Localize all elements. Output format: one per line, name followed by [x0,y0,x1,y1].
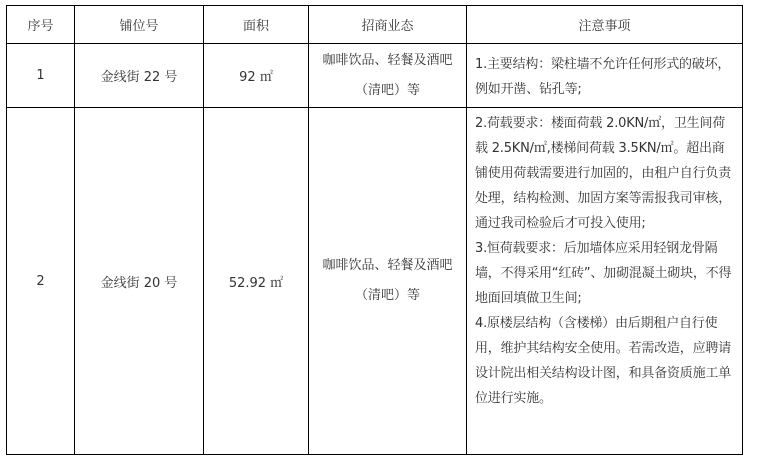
shop-leasing-table: 序号 铺位号 面积 招商业态 注意事项 1 金线街 22 号 92 ㎡ 咖啡饮品… [6,5,743,455]
header-shop-number: 铺位号 [75,6,204,44]
note-item: 4.原楼层结构（含楼梯）由后期租户自行使用，维护其结构安全使用。若需改造，应聘请… [475,311,734,411]
cell-index: 2 [7,108,75,455]
cell-business-type: 咖啡饮品、轻餐及酒吧 （清吧）等 [309,44,467,108]
cell-business-type: 咖啡饮品、轻餐及酒吧 （清吧）等 [309,108,467,455]
cell-area: 92 ㎡ [204,44,309,108]
table-row: 1 金线街 22 号 92 ㎡ 咖啡饮品、轻餐及酒吧 （清吧）等 1.主要结构：… [7,44,743,108]
header-index: 序号 [7,6,75,44]
business-type-line: （清吧）等 [309,281,466,311]
header-notes: 注意事项 [467,6,743,44]
cell-notes: 1.主要结构：梁柱墙不允许任何形式的破坏，例如开凿、钻孔等; [467,44,743,108]
header-area: 面积 [204,6,309,44]
header-business-type: 招商业态 [309,6,467,44]
note-item: 3.恒荷载要求：后加墙体应采用轻钢龙骨隔墙，不得采用“红砖”、加砌混凝土砌块，不… [475,236,734,311]
business-type-line: 咖啡饮品、轻餐及酒吧 [309,251,466,281]
business-type-line: 咖啡饮品、轻餐及酒吧 [309,46,466,76]
cell-shop-number: 金线街 22 号 [75,44,204,108]
note-item: 2.荷载要求：楼面荷载 2.0KN/㎡，卫生间荷载 2.5KN/㎡,楼梯间荷载 … [475,111,734,236]
table-header-row: 序号 铺位号 面积 招商业态 注意事项 [7,6,743,44]
cell-shop-number: 金线街 20 号 [75,108,204,455]
note-item: 1.主要结构：梁柱墙不允许任何形式的破坏，例如开凿、钻孔等; [475,52,734,102]
table-row: 2 金线街 20 号 52.92 ㎡ 咖啡饮品、轻餐及酒吧 （清吧）等 2.荷载… [7,108,743,455]
cell-area: 52.92 ㎡ [204,108,309,455]
cell-index: 1 [7,44,75,108]
business-type-line: （清吧）等 [309,76,466,106]
cell-notes: 2.荷载要求：楼面荷载 2.0KN/㎡，卫生间荷载 2.5KN/㎡,楼梯间荷载 … [467,108,743,455]
